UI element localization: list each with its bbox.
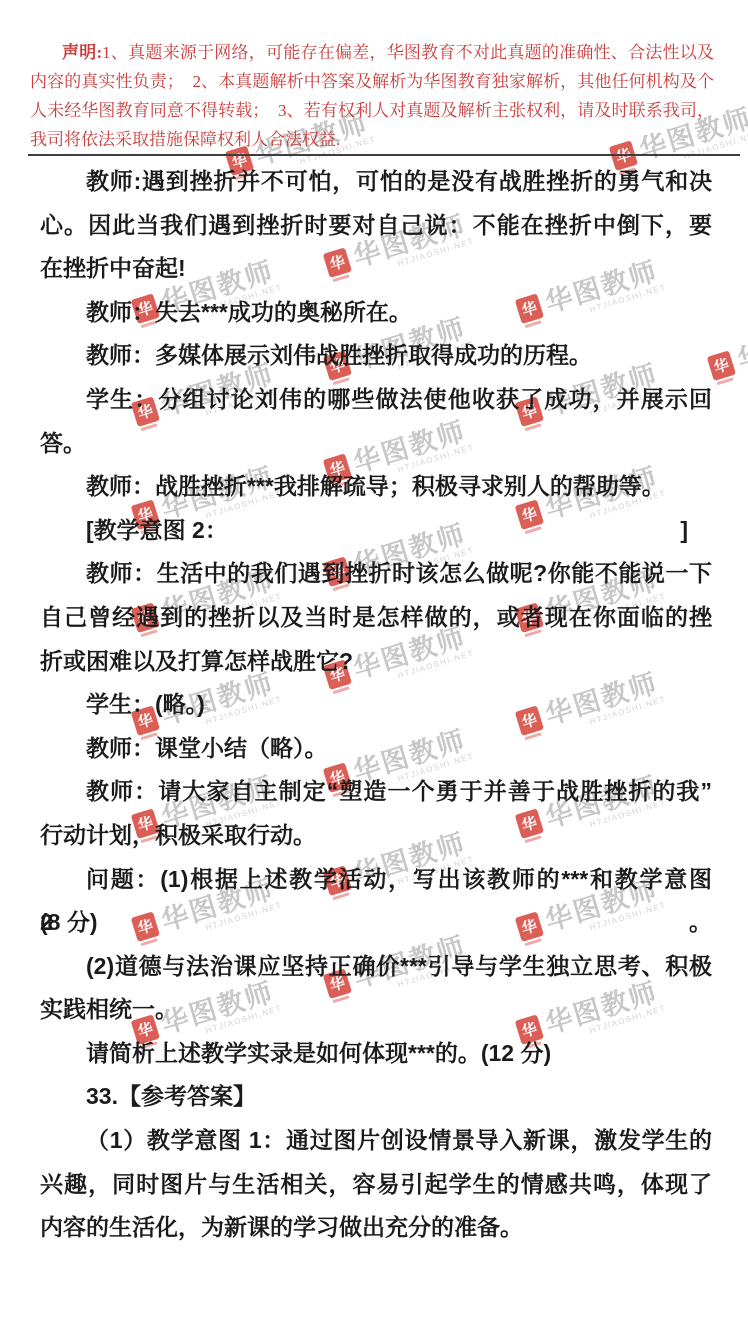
body-line: (2)道德与法治课应坚持正确价***引导与学生独立思考、积极 [40,945,712,989]
body-line: 教师:遇到挫折并不可怕，可怕的是没有战胜挫折的勇气和决 [40,160,712,204]
separator-line [28,154,740,156]
body-line: 学生：分组讨论刘伟的哪些做法使他收获了成功，并展示回 [40,378,712,422]
huatu-watermark: 华华图教师HTJIAOSHI.NET [707,314,748,392]
teaching-intent-bracket-line: [教学意图 2：] [40,509,712,553]
body-line: 教师：课堂小结（略）。 [40,727,712,771]
huatu-logo-glyph: 华 [711,353,731,377]
body-line: 内容的生活化，为新课的学习做出充分的准备。 [40,1206,712,1250]
body-line: 学生：(略。) [40,683,712,727]
disclaimer-line: 声明:1、真题来源于网络，可能存在偏差，华图教育不对此真题的准确性、合法性以及 [30,38,714,67]
body-line: 行动计划，积极采取行动。 [40,814,712,858]
body-line: 教师：战胜挫折***我排解疏导；积极寻求别人的帮助等。 [40,465,712,509]
body-line: 问题：(1)根据上述教学活动，写出该教师的***和教学意图 2。 [40,858,712,902]
disclaimer-line: 人未经华图教育同意不得转载； 3、若有权利人对真题及解析主张权利，请及时联系我司… [30,96,714,125]
body-line: 自己曾经遇到的挫折以及当时是怎样做的，或者现在你面临的挫 [40,596,712,640]
body-line: 教师：请大家自主制定“塑造一个勇于并善于战胜挫折的我” [40,770,712,814]
body-line: 答。 [40,422,712,466]
disclaimer-line: 我司将依法采取措施保障权利人合法权益. [30,125,714,154]
body-line: 教师：生活中的我们遇到挫折时该怎么做呢?你能不能说一下 [40,552,712,596]
bracket-open-text: [教学意图 2： [86,509,228,553]
body-line: （1）教学意图 1：通过图片创设情景导入新课，激发学生的 [40,1119,712,1163]
huatu-logo-caption-bar [717,377,734,385]
disclaimer-line: 内容的真实性负责； 2、本真题解析中答案及解析为华图教育独家解析，其他任何机构及… [30,67,714,96]
body-line: 教师：多媒体展示刘伟战胜挫折取得成功的历程。 [40,334,712,378]
watermark-text: 华图教师 [734,314,748,374]
body-line: 教师：失去***成功的奥秘所在。 [40,291,712,335]
body-line: 心。因此当我们遇到挫折时要对自己说：不能在挫折中倒下，要 [40,204,712,248]
bracket-close-text: ] [680,509,688,553]
body-line: 折或困难以及打算怎样战胜它? [40,640,712,684]
disclaimer-text: 1、真题来源于网络，可能存在偏差，华图教育不对此真题的准确性、合法性以及 [102,43,714,62]
document-page: 华华图教师HTJIAOSHI.NET华华图教师HTJIAOSHI.NET华华图教… [0,0,748,1335]
body-line: 请简析上述教学实录是如何体现***的。(12 分) [40,1032,712,1076]
body-line: 兴趣，同时图片与生活相关，容易引起学生的情感共鸣，体现了 [40,1163,712,1207]
body-line: 实践相统一。 [40,988,712,1032]
disclaimer-notice: 声明:1、真题来源于网络，可能存在偏差，华图教育不对此真题的准确性、合法性以及内… [30,38,714,154]
body-line: 在挫折中奋起! [40,247,712,291]
document-body: 教师:遇到挫折并不可怕，可怕的是没有战胜挫折的勇气和决心。因此当我们遇到挫折时要… [40,160,712,1250]
disclaimer-label: 声明: [62,43,102,62]
body-line: 33.【参考答案】 [40,1075,712,1119]
